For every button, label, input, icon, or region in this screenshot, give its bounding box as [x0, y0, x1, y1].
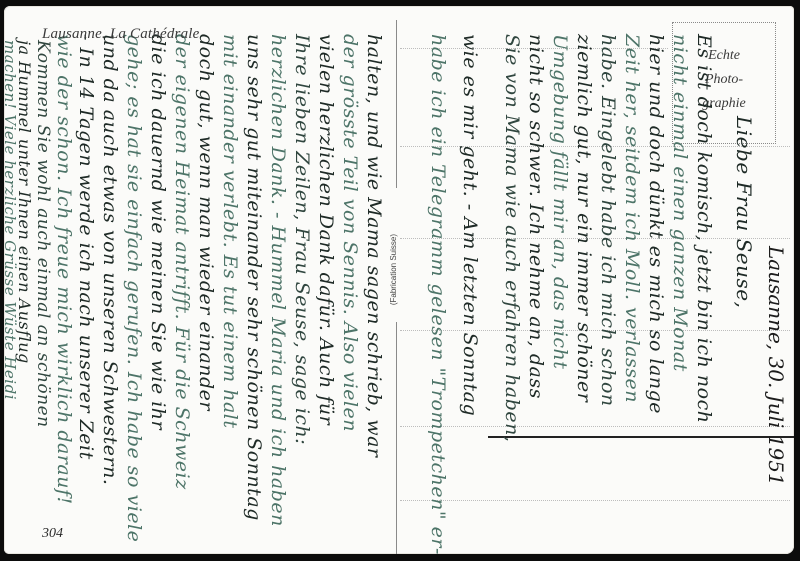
divider-line-top — [396, 20, 397, 188]
handwritten-line: Ihre lieben Zeilen, Frau Seuse, sage ich… — [292, 34, 311, 445]
handwritten-line: hier und doch dünkt es mich so lange — [646, 34, 665, 414]
handwritten-line: - In 14 Tagen werde ich nach unserer Zei… — [76, 34, 95, 460]
handwritten-line: gehe; es hat sie einfach gerufen. Ich ha… — [124, 34, 143, 542]
handwritten-date: Lausanne, 30. Juli 1951 — [764, 246, 788, 486]
handwritten-line: habe ich ein Telegramm gelesen "Trompetc… — [428, 34, 447, 554]
handwritten-line: ziemlich gut, nur ein immer schöner — [574, 34, 593, 402]
handwritten-line: nicht so schwer. Ich nehme an, dass — [526, 34, 545, 399]
address-underline — [488, 436, 794, 438]
handwritten-line: habe. Eingelebt habe ich mich schon — [598, 34, 617, 407]
handwritten-line: der eigenen Heimat antrifft. Für die Sch… — [172, 34, 191, 490]
catalog-number: 304 — [42, 526, 63, 542]
handwritten-line: mit einander verlebt. Es tut einem halt — [220, 34, 239, 429]
address-guide-6 — [400, 500, 790, 501]
handwritten-line: uns sehr gut miteinander sehr schönen So… — [244, 34, 263, 521]
handwritten-line: Sie von Mama wie auch erfahren haben, — [502, 34, 521, 442]
handwritten-line: nicht einmal einen ganzen Monat — [670, 34, 689, 372]
handwritten-line: Zeit her, seitdem ich Moll. verlassen — [622, 34, 641, 403]
handwritten-line: Es ist doch komisch, jetzt bin ich noch — [694, 34, 713, 423]
handwritten-line: wie es mir geht. - Am letzten Sonntag — [460, 34, 479, 416]
handwritten-line: und da auch etwas von unseren Schwestern… — [100, 34, 119, 485]
handwritten-line: Umgebung fällt mir an, das nicht — [550, 34, 569, 369]
handwritten-line: der grösste Teil von Sennis. Also vielen — [340, 34, 359, 432]
divider-line-bottom — [396, 322, 397, 554]
divider-label: (Fabrication Suisse) — [389, 234, 398, 305]
handwritten-line: vielen herzlichen Dank dafür. Auch für — [316, 34, 335, 425]
postcard-back: Lausanne. La Cathédrale Echte Photo- gra… — [4, 6, 794, 554]
handwritten-line: die ich dauernd wie meinen Sie wie ihr — [148, 34, 167, 430]
handwritten-line: herzlichen Dank. - Hummel Maria und ich … — [268, 34, 287, 527]
handwritten-line: Kommen Sie wohl auch einmal an schönen — [34, 40, 51, 428]
postcard-caption: Lausanne. La Cathédrale — [42, 26, 200, 43]
handwritten-salutation: Liebe Frau Seuse, — [734, 116, 754, 308]
handwritten-line: machen! Viele herzliche Grüsse Wüste Hei… — [4, 40, 17, 400]
handwritten-line: wie der schon. Ich freue mich wirklich d… — [54, 34, 73, 505]
address-guide-5 — [400, 426, 790, 427]
handwritten-line: doch gut, wenn man wieder einander — [196, 34, 215, 411]
handwritten-line: halten, und wie Mama sagen schrieb, war — [364, 34, 383, 458]
